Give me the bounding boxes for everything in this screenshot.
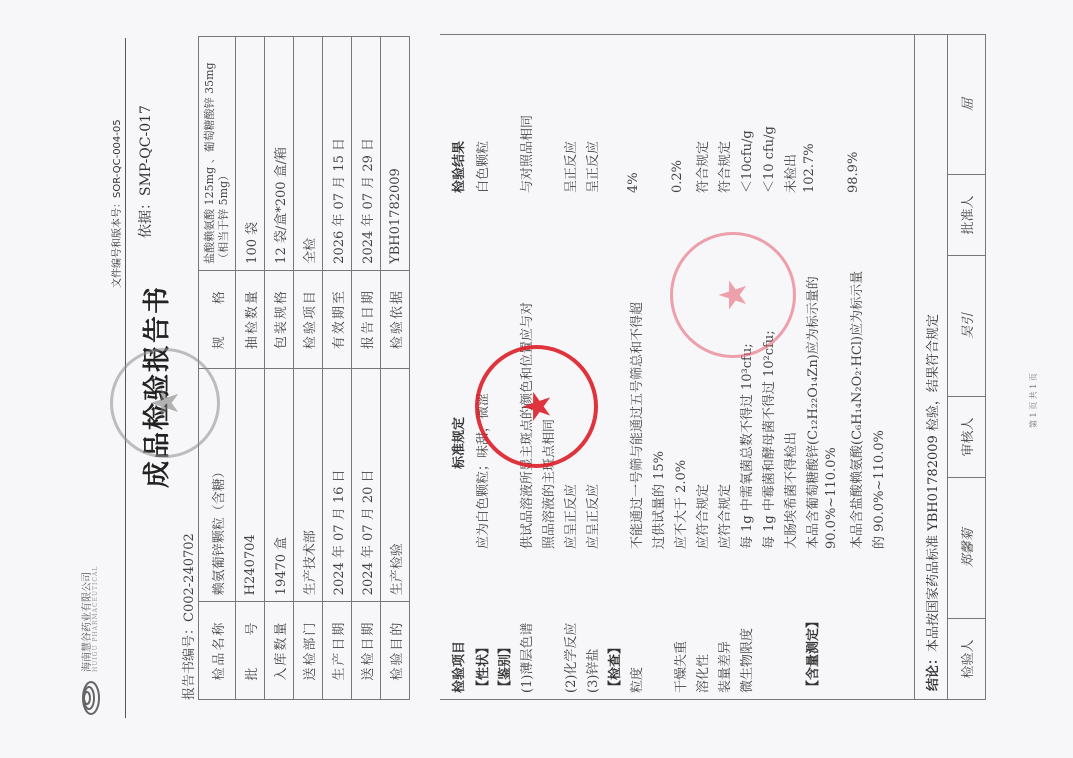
info-row: 生产日期2024 年 07 月 16 日有效期至2026 年 07 月 15 日 [323, 37, 352, 700]
document-number: 文件编号和版本号：SOR-QC-004-05 [108, 119, 123, 288]
info-label: 包装规格 [265, 270, 294, 368]
result-standard: 本品含葡萄糖酸锌(C₁₂H₂₂O₁₄Zn)应为标示量的 [802, 276, 821, 549]
info-value: 2024 年 07 月 29 日 [352, 37, 381, 271]
result-item: 【鉴别】 [494, 641, 513, 693]
report-number-label: 报告书编号： [182, 622, 197, 700]
signature-row: 检验人 郑馨菊 审核人 吴引 批准人 屈 [947, 34, 986, 700]
result-standard-cont: 的 90.0%~110.0% [868, 430, 887, 549]
basis: 依据：SMP-QC-017 [135, 105, 155, 238]
approver-label: 批准人 [947, 174, 985, 255]
quality-stamp: ★ [110, 348, 220, 458]
info-label: 检验目的 [381, 602, 410, 700]
report-number-value: C002-240702 [182, 533, 197, 622]
document-number-label: 文件编号和版本号： [112, 198, 123, 288]
reviewer-signature: 吴引 [947, 255, 985, 396]
info-row: 检验目的生产检验检验依据YBH01782009 [381, 37, 410, 700]
document-number-value: SOR-QC-004-05 [112, 119, 123, 198]
info-label: 检品名称 [199, 602, 236, 700]
info-table: 检品名称赖氨葡锌颗粒（含糖）规 格盐酸赖氨酸 125mg 、葡萄糖酸锌 35mg… [198, 36, 410, 700]
info-value: 2026 年 07 月 15 日 [323, 37, 352, 271]
result-item: 微生物限度 [736, 628, 755, 693]
info-value: 全检 [294, 37, 323, 271]
result-item: 装量差异 [714, 641, 733, 693]
result-standard: 应符合规定 [714, 484, 733, 549]
info-value: 12 袋/盒*200 盒/箱 [265, 37, 294, 271]
result-item: 粒度 [626, 667, 645, 693]
conclusion-text: 本品按国家药品标准 YBH01782009 检验，结果符合规定 [926, 314, 941, 652]
result-standard: 每 1g 中霉菌和酵母菌不得过 10²cfu; [758, 330, 777, 549]
result-item: 【性状】 [472, 641, 491, 693]
inspector-label: 检验人 [947, 618, 985, 699]
company-logo-icon [76, 678, 106, 718]
result-item: 【检查】 [604, 641, 623, 693]
result-value: 4% [626, 172, 641, 193]
result-value: ＜10cfu/g [736, 130, 755, 193]
result-value: 呈正反应 [582, 141, 601, 193]
conclusion-label: 结论： [926, 652, 941, 691]
result-value: 呈正反应 [560, 141, 579, 193]
info-row: 入库数量19470 盒包装规格12 袋/盒*200 盒/箱 [265, 37, 294, 700]
report-number: 报告书编号：C002-240702 [178, 533, 197, 700]
results-header-standard: 标准规定 [448, 417, 467, 469]
result-standard: 应不大于 2.0% [670, 460, 689, 549]
page-footer: 第 1 页 共 1 页 [1028, 373, 1039, 428]
company-name-en: HUIGU PHARMACEUTICAL [92, 566, 99, 672]
info-label: 批 号 [236, 602, 265, 700]
result-standard: 大肠埃希菌不得检出 [780, 432, 799, 549]
info-label: 检验项目 [294, 270, 323, 368]
info-label: 有效期至 [323, 270, 352, 368]
result-standard: 每 1g 中需氧菌总数不得过 10³cfu; [736, 343, 755, 549]
info-value: 生产检验 [381, 368, 410, 602]
result-item: 【含量测定】 [802, 615, 821, 693]
result-value: 白色颗粒 [472, 141, 491, 193]
info-value: YBH01782009 [381, 37, 410, 271]
result-standard-cont: 90.0%~110.0% [824, 447, 839, 549]
result-value: 符合规定 [714, 141, 733, 193]
result-value: 0.2% [670, 160, 685, 193]
report-stamp: ★ [475, 345, 598, 468]
info-value: 2024 年 07 月 20 日 [352, 368, 381, 602]
info-value: H240704 [236, 368, 265, 602]
result-item: (1)薄层色谱 [516, 623, 535, 693]
info-label: 检验依据 [381, 270, 410, 368]
result-item: 溶化性 [692, 654, 711, 693]
result-value: 符合规定 [692, 141, 711, 193]
info-value: 生产技术部 [294, 368, 323, 602]
red-seal-stamp: ★ [670, 232, 796, 358]
info-label: 规 格 [199, 270, 236, 368]
info-label: 送检日期 [352, 602, 381, 700]
star-icon: ★ [714, 278, 752, 312]
company-name: 海南慧谷药业有限公司 [78, 572, 93, 672]
approver-signature: 屈 [947, 35, 985, 174]
result-value: 与对照品相同 [516, 115, 535, 193]
info-row: 送检部门生产技术部检验项目全检 [294, 37, 323, 700]
star-icon: ★ [518, 389, 556, 423]
info-label: 生产日期 [323, 602, 352, 700]
conclusion: 结论：本品按国家药品标准 YBH01782009 检验，结果符合规定 [914, 34, 948, 700]
result-standard: 应呈正反应 [560, 484, 579, 549]
basis-value: SMP-QC-017 [138, 105, 154, 196]
result-standard: 不能通过一号筛与能通过五号筛总和不得超 [626, 302, 645, 549]
result-item: (3)锌盐 [582, 649, 601, 693]
inspection-report-page: 海南慧谷药业有限公司 HUIGU PHARMACEUTICAL 文件编号和版本号… [0, 0, 1073, 758]
result-standard: 应呈正反应 [582, 484, 601, 549]
result-value: ＜10 cfu/g [758, 126, 777, 193]
info-label: 报告日期 [352, 270, 381, 368]
info-value: 19470 盒 [265, 368, 294, 602]
star-icon: ★ [146, 386, 184, 420]
results-header-item: 检验项目 [448, 641, 467, 693]
basis-label: 依据： [138, 196, 154, 238]
info-label: 抽检数量 [236, 270, 265, 368]
info-row: 送检日期2024 年 07 月 20 日报告日期2024 年 07 月 29 日 [352, 37, 381, 700]
result-standard-cont: 过供试量的 15% [648, 451, 667, 549]
result-item: (2)化学反应 [560, 623, 579, 693]
info-value: 2024 年 07 月 16 日 [323, 368, 352, 602]
result-standard: 本品含盐酸赖氨酸(C₆H₁₄N₂O₂·HCl)应为标示量 [846, 271, 865, 549]
result-item: 干燥失重 [670, 641, 689, 693]
info-value: 100 袋 [236, 37, 265, 271]
result-value: 未检出 [780, 154, 799, 193]
result-standard: 应符合规定 [692, 484, 711, 549]
result-value: 98.9% [846, 152, 861, 193]
info-row: 批 号H240704抽检数量100 袋 [236, 37, 265, 700]
info-value: 盐酸赖氨酸 125mg 、葡萄糖酸锌 35mg（相当于锌 5mg） [199, 37, 236, 271]
reviewer-label: 审核人 [947, 396, 985, 477]
info-label: 送检部门 [294, 602, 323, 700]
inspector-signature: 郑馨菊 [947, 477, 985, 618]
info-label: 入库数量 [265, 602, 294, 700]
results-header-result: 检验结果 [448, 141, 467, 193]
result-value: 102.7% [802, 143, 817, 193]
